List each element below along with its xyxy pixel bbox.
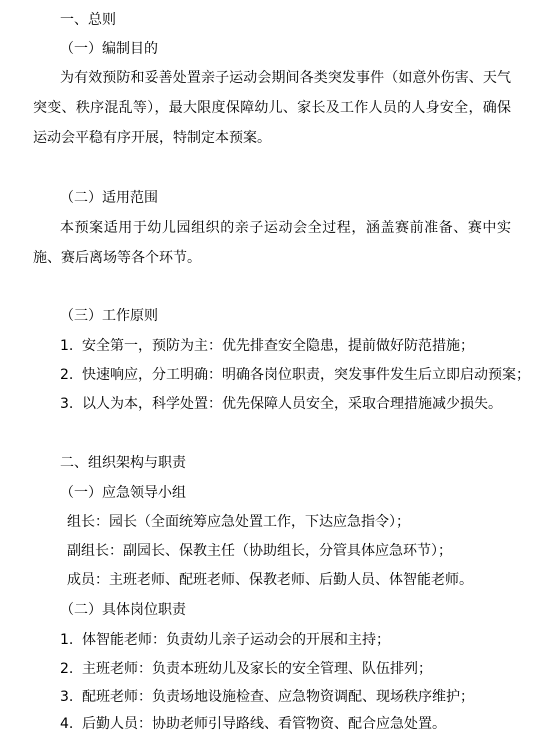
subheading-duties: （二）具体岗位职责: [60, 600, 186, 620]
list-number: 2.: [60, 365, 82, 385]
paragraph-scope: 本预案适用于幼儿园组织的亲子运动会全过程，涵盖赛前准备、赛中实施、赛后离场等各个…: [33, 213, 511, 273]
duty-item: 4.后勤人员：协助老师引导路线、看管物资、配合应急处置。: [60, 714, 446, 734]
list-number: 1.: [60, 630, 82, 650]
list-text: 安全第一，预防为主：优先排查安全隐患，提前做好防范措施；: [82, 338, 474, 354]
principle-item: 1.安全第一，预防为主：优先排查安全隐患，提前做好防范措施；: [60, 336, 474, 356]
list-number: 3.: [60, 394, 82, 414]
section-heading-general: 一、总则: [60, 10, 116, 30]
section-heading-organization: 二、组织架构与职责: [60, 453, 186, 473]
deputy-leader-line: 副组长：副园长、保教主任（协助组长，分管具体应急环节）；: [67, 541, 452, 561]
list-text: 主班老师：负责本班幼儿及家长的安全管理、队伍排列；: [82, 661, 432, 677]
duty-item: 2.主班老师：负责本班幼儿及家长的安全管理、队伍排列；: [60, 659, 432, 679]
list-number: 1.: [60, 336, 82, 356]
list-number: 4.: [60, 714, 82, 734]
list-number: 3.: [60, 687, 82, 707]
duty-item: 3.配班老师：负责场地设施检查、应急物资调配、现场秩序维护；: [60, 687, 474, 707]
principle-item: 2.快速响应，分工明确：明确各岗位职责，突发事件发生后立即启动预案；: [60, 365, 530, 385]
members-line: 成员：主班老师、配班老师、保教老师、后勤人员、体智能老师。: [67, 570, 473, 590]
list-text: 以人为本，科学处置：优先保障人员安全，采取合理措施减少损失。: [82, 396, 502, 412]
duty-item: 1.体智能老师：负责幼儿亲子运动会的开展和主持；: [60, 630, 390, 650]
list-text: 后勤人员：协助老师引导路线、看管物资、配合应急处置。: [82, 716, 446, 732]
subheading-purpose: （一）编制目的: [60, 39, 158, 59]
subheading-leadership-group: （一）应急领导小组: [60, 483, 186, 503]
list-text: 体智能老师：负责幼儿亲子运动会的开展和主持；: [82, 632, 390, 648]
subheading-scope: （二）适用范围: [60, 188, 158, 208]
leader-line: 组长：园长（全面统筹应急处置工作，下达应急指令）；: [67, 512, 410, 532]
subheading-principles: （三）工作原则: [60, 306, 158, 326]
principle-item: 3.以人为本，科学处置：优先保障人员安全，采取合理措施减少损失。: [60, 394, 502, 414]
list-text: 配班老师：负责场地设施检查、应急物资调配、现场秩序维护；: [82, 689, 474, 705]
list-text: 快速响应，分工明确：明确各岗位职责，突发事件发生后立即启动预案；: [82, 367, 530, 383]
paragraph-purpose: 为有效预防和妥善处置亲子运动会期间各类突发事件（如意外伤害、天气突变、秩序混乱等…: [33, 63, 511, 153]
list-number: 2.: [60, 659, 82, 679]
